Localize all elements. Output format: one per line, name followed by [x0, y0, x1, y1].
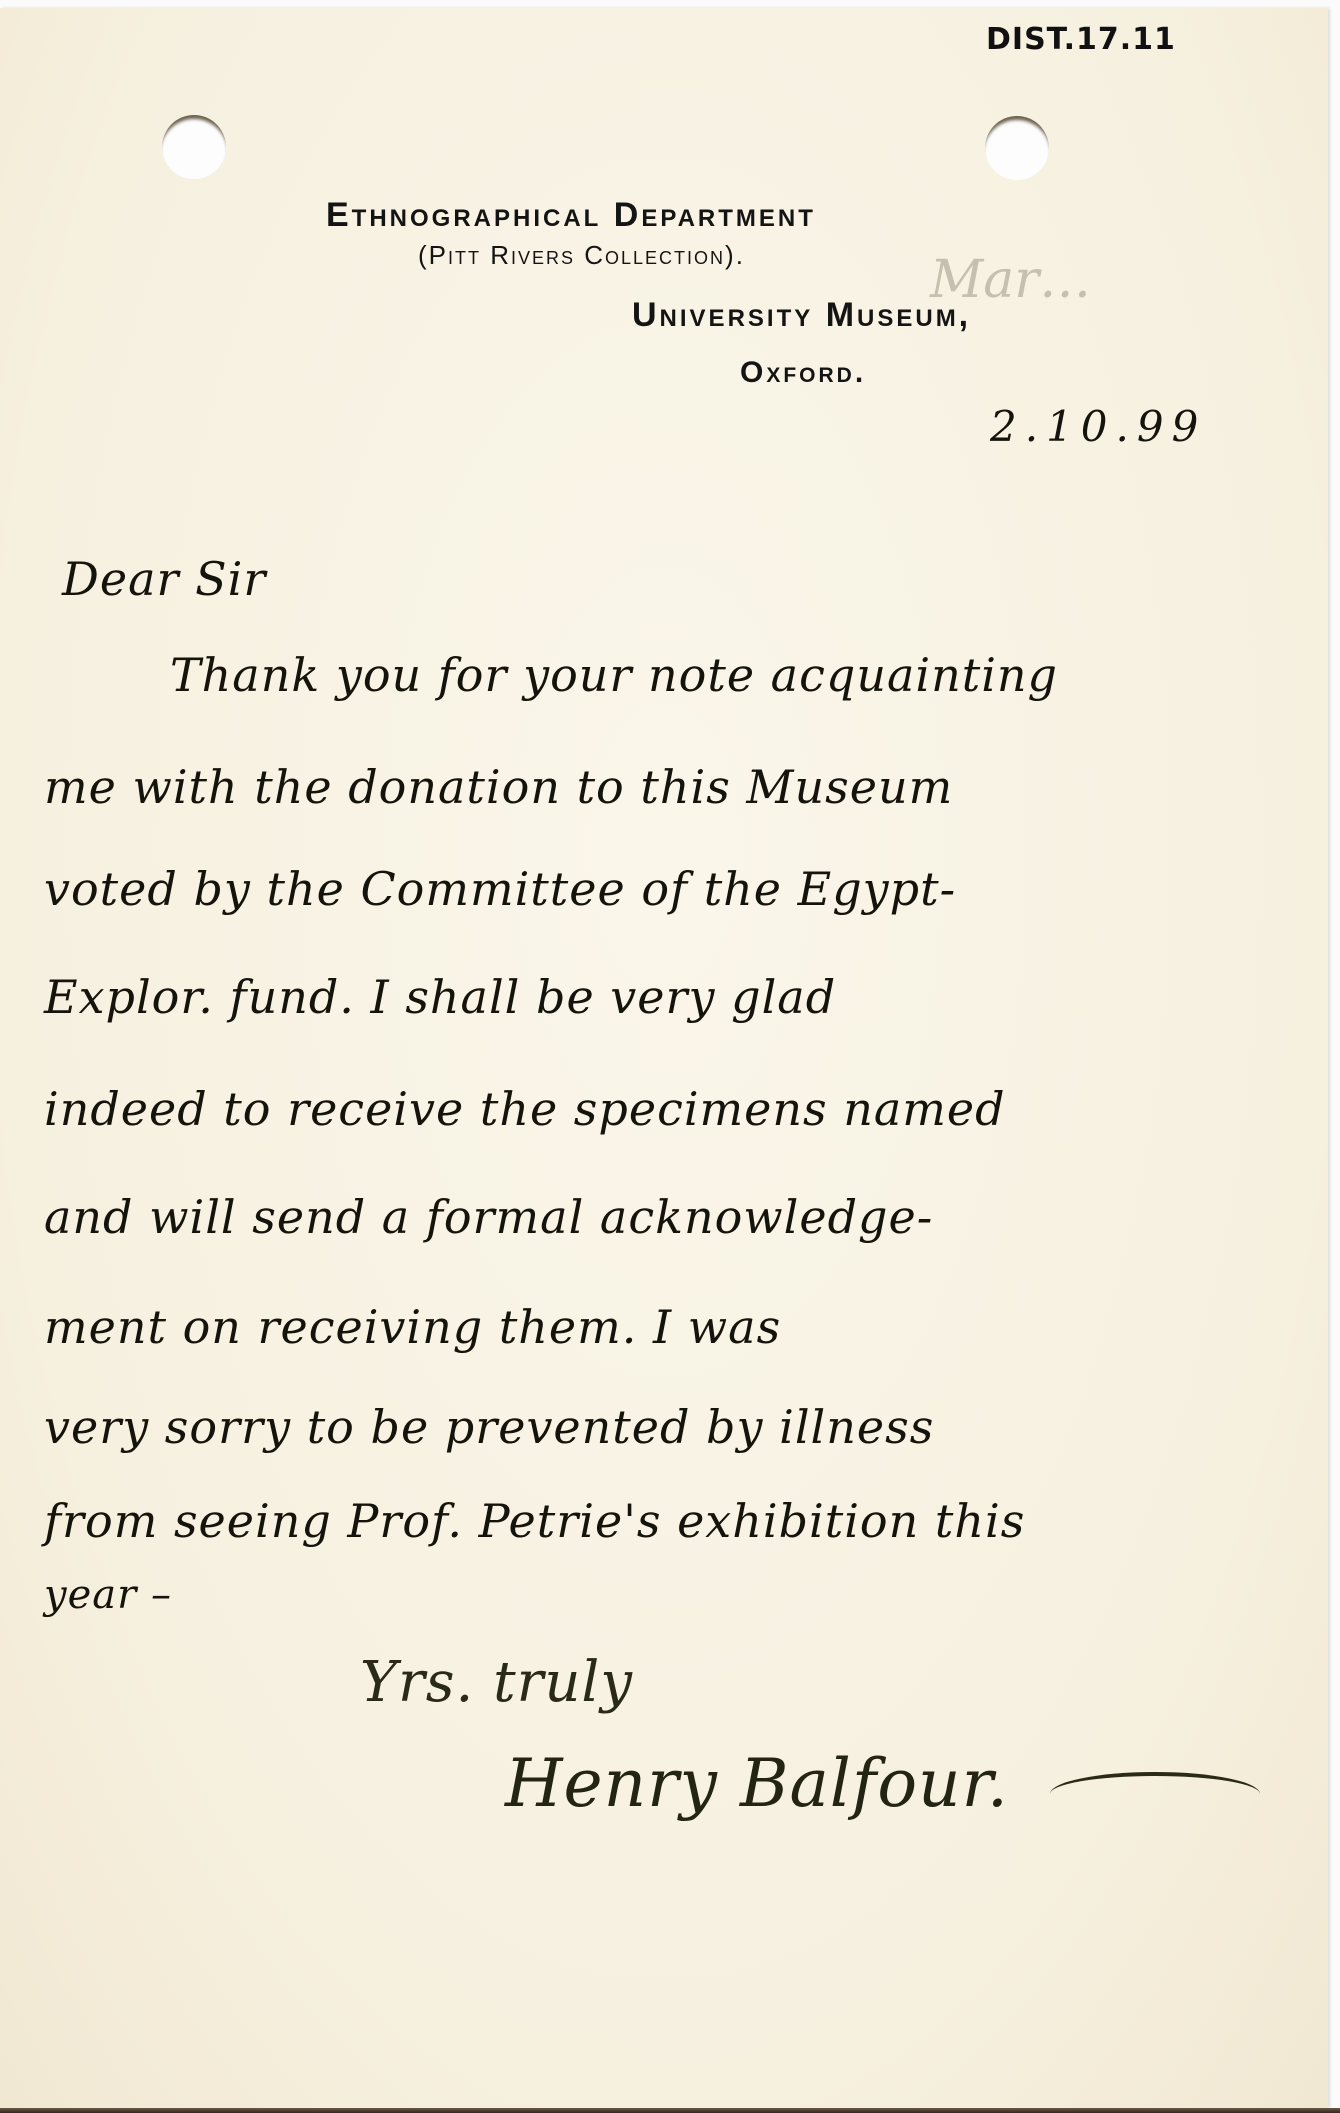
body-line: me with the donation to this Museum [44, 760, 953, 814]
body-line: and will send a formal acknowledge- [44, 1190, 933, 1244]
signature-flourish [1050, 1772, 1260, 1816]
pencil-annotation: Mar… [930, 250, 1091, 310]
letterhead-department: Ethnographical Department [326, 196, 816, 235]
body-line: voted by the Committee of the Egypt- [44, 862, 956, 916]
body-line: very sorry to be prevented by illness [44, 1400, 934, 1454]
letterhead-city: Oxford. [740, 356, 866, 390]
closing: Yrs. truly [360, 1650, 633, 1715]
body-line: Thank you for your note acquainting [170, 648, 1058, 702]
body-line: Explor. fund. I shall be very glad [44, 970, 836, 1024]
body-line: year – [44, 1572, 172, 1618]
salutation: Dear Sir [62, 552, 266, 606]
punch-hole-left [162, 115, 226, 179]
signature: Henry Balfour. [505, 1745, 1009, 1822]
archive-reference: DIST.17.11 [986, 22, 1176, 57]
body-line: indeed to receive the specimens named [44, 1082, 1006, 1136]
punch-hole-right [985, 116, 1049, 180]
body-line: ment on receiving them. I was [44, 1300, 781, 1354]
scan-edge [0, 2108, 1340, 2113]
body-line: from seeing Prof. Petrie's exhibition th… [44, 1494, 1025, 1548]
letterhead-collection: (Pitt Rivers Collection). [418, 240, 745, 271]
letter-date: 2.10.99 [990, 402, 1206, 451]
letterhead-institution: University Museum, [632, 296, 971, 335]
